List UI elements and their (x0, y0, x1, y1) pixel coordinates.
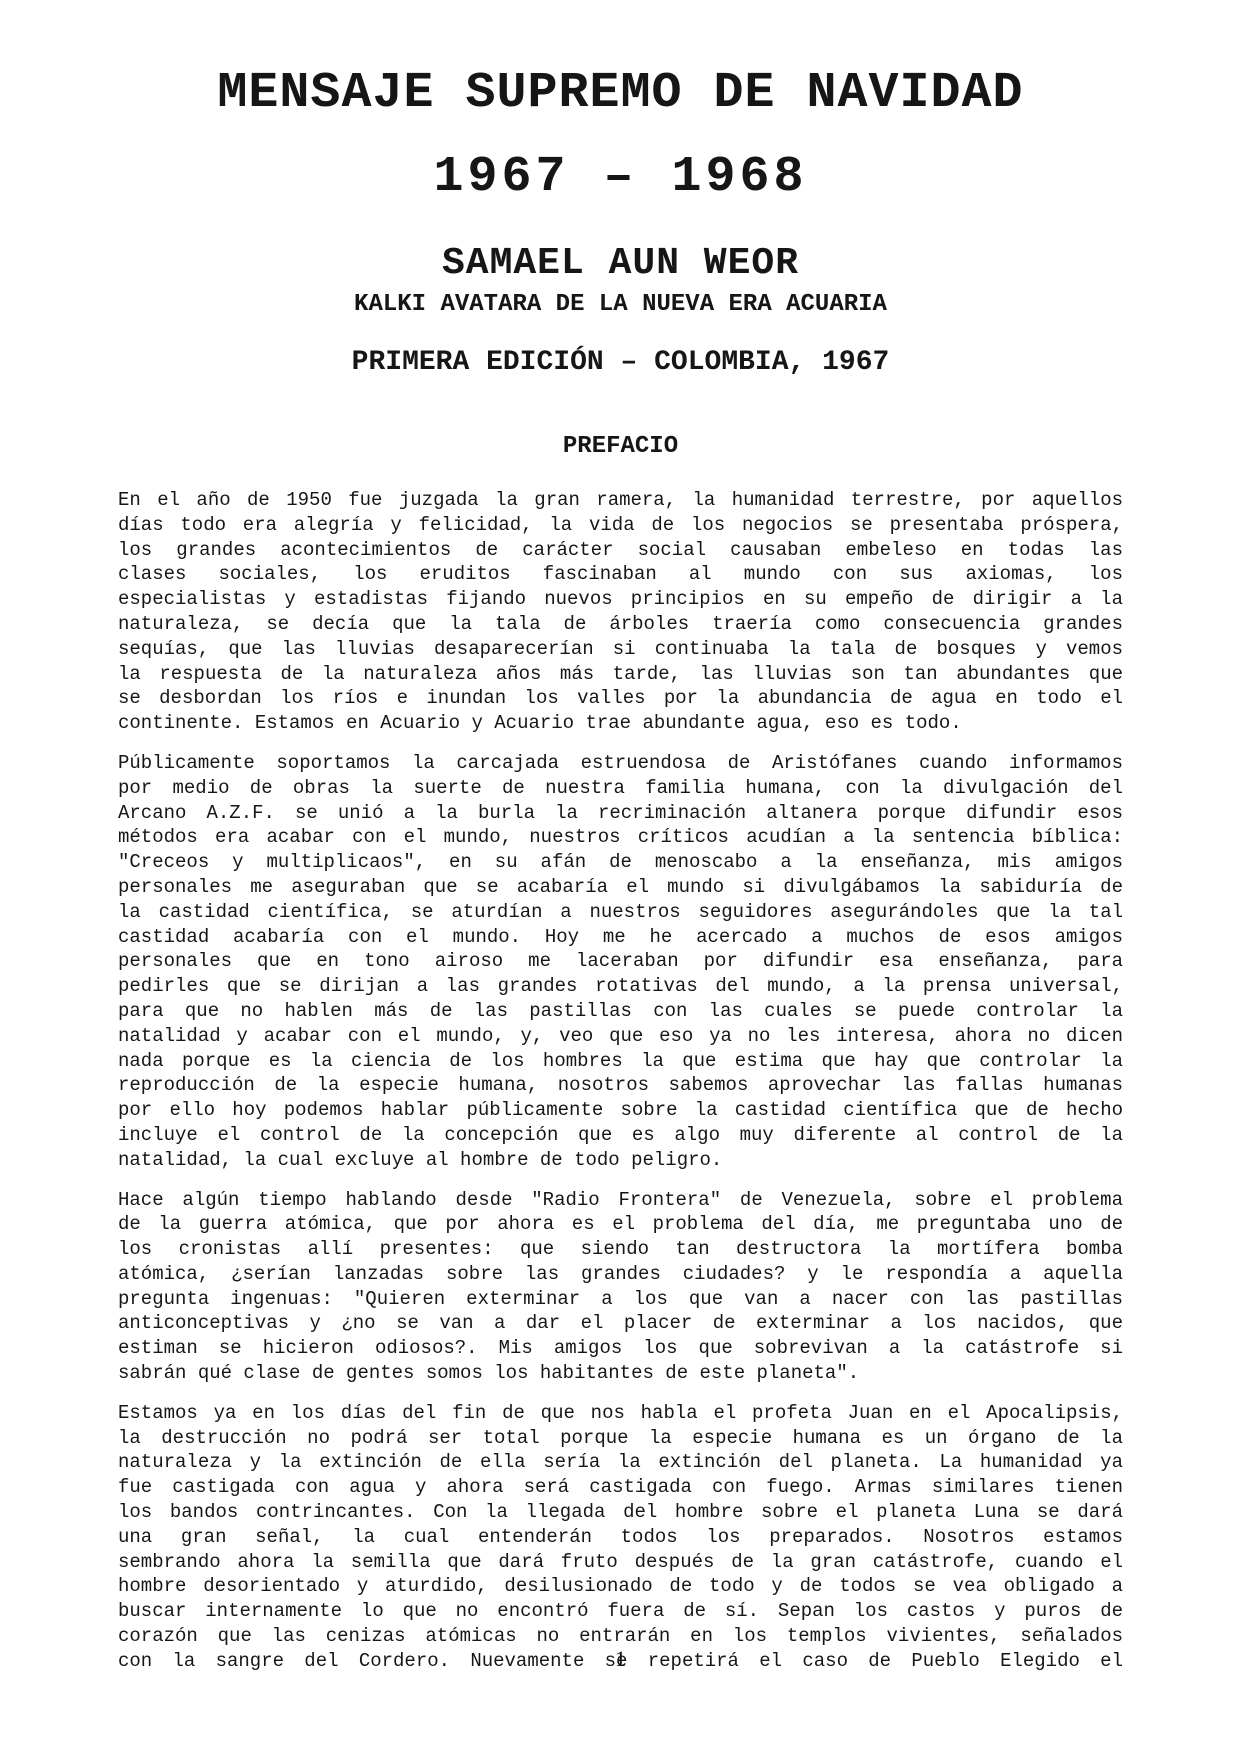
paragraph: Hace algún tiempo hablando desde "Radio … (118, 1188, 1123, 1386)
text-line: naturaleza, se decía que la tala de árbo… (118, 612, 1123, 637)
text-line: sequías, que las lluvias desaparecerían … (118, 637, 1123, 662)
text-line: nada porque es la ciencia de los hombres… (118, 1049, 1123, 1074)
text-line: estiman se hicieron odiosos?. Mis amigos… (118, 1336, 1123, 1361)
text-line: pedirles que se dirijan a las grandes ro… (118, 974, 1123, 999)
text-line: Hace algún tiempo hablando desde "Radio … (118, 1188, 1123, 1213)
document-body: En el año de 1950 fue juzgada la gran ra… (118, 488, 1123, 1674)
text-line: se desbordan los ríos e inundan los vall… (118, 686, 1123, 711)
text-line: buscar internamente lo que no encontró f… (118, 1599, 1123, 1624)
text-line: los cronistas allí presentes: que siendo… (118, 1237, 1123, 1262)
edition-line: PRIMERA EDICIÓN – COLOMBIA, 1967 (118, 346, 1123, 380)
text-line: atómica, ¿serían lanzadas sobre las gran… (118, 1262, 1123, 1287)
text-line: para que no hablen más de las pastillas … (118, 999, 1123, 1024)
text-line: anticonceptivas y ¿no se van a dar el pl… (118, 1311, 1123, 1336)
text-line: la respuesta de la naturaleza años más t… (118, 662, 1123, 687)
text-line: los bandos contrincantes. Con la llegada… (118, 1500, 1123, 1525)
text-line: sembrando ahora la semilla que dará frut… (118, 1550, 1123, 1575)
paragraph: En el año de 1950 fue juzgada la gran ra… (118, 488, 1123, 736)
text-line: fue castigada con agua y ahora será cast… (118, 1475, 1123, 1500)
document-page: MENSAJE SUPREMO DE NAVIDAD 1967 – 1968 S… (0, 0, 1241, 1755)
text-line: por medio de obras la suerte de nuestra … (118, 776, 1123, 801)
text-line: continente. Estamos en Acuario y Acuario… (118, 711, 1123, 736)
paragraph: Estamos ya en los días del fin de que no… (118, 1401, 1123, 1674)
text-line: Públicamente soportamos la carcajada est… (118, 751, 1123, 776)
text-line: Arcano A.Z.F. se unió a la burla la recr… (118, 801, 1123, 826)
text-line: En el año de 1950 fue juzgada la gran ra… (118, 488, 1123, 513)
text-line: pregunta ingenuas: "Quieren exterminar a… (118, 1287, 1123, 1312)
text-line: personales que en tono airoso me lacerab… (118, 949, 1123, 974)
text-line: personales me aseguraban que se acabaría… (118, 875, 1123, 900)
text-line: reproducción de la especie humana, nosot… (118, 1073, 1123, 1098)
text-line: métodos era acabar con el mundo, nuestro… (118, 825, 1123, 850)
text-line: una gran señal, la cual entenderán todos… (118, 1525, 1123, 1550)
text-line: sabrán qué clase de gentes somos los hab… (118, 1361, 1123, 1386)
text-line: los grandes acontecimientos de carácter … (118, 538, 1123, 563)
text-line: "Creceos y multiplicaos", en su afán de … (118, 850, 1123, 875)
text-line: especialistas y estadistas fijando nuevo… (118, 587, 1123, 612)
text-line: días todo era alegría y felicidad, la vi… (118, 513, 1123, 538)
text-line: de la guerra atómica, que por ahora es e… (118, 1212, 1123, 1237)
author-subtitle: KALKI AVATARA DE LA NUEVA ERA ACUARIA (118, 291, 1123, 320)
text-line: naturaleza y la extinción de ella sería … (118, 1450, 1123, 1475)
text-line: hombre desorientado y aturdido, desilusi… (118, 1574, 1123, 1599)
section-heading: PREFACIO (118, 433, 1123, 462)
text-line: la castidad científica, se aturdían a nu… (118, 900, 1123, 925)
text-line: natalidad y acabar con el mundo, y, veo … (118, 1024, 1123, 1049)
paragraph: Públicamente soportamos la carcajada est… (118, 751, 1123, 1173)
text-line: castidad acabaría con el mundo. Hoy me h… (118, 925, 1123, 950)
page-content: MENSAJE SUPREMO DE NAVIDAD 1967 – 1968 S… (118, 0, 1123, 1689)
book-title-years: 1967 – 1968 (118, 150, 1123, 205)
book-title: MENSAJE SUPREMO DE NAVIDAD (118, 66, 1123, 122)
text-line: la destrucción no podrá ser total porque… (118, 1426, 1123, 1451)
text-line: incluye el control de la concepción que … (118, 1123, 1123, 1148)
text-line: Estamos ya en los días del fin de que no… (118, 1401, 1123, 1426)
text-line: natalidad, la cual excluye al hombre de … (118, 1148, 1123, 1173)
text-line: por ello hoy podemos hablar públicamente… (118, 1098, 1123, 1123)
author-name: SAMAEL AUN WEOR (118, 243, 1123, 285)
text-line: clases sociales, los eruditos fascinaban… (118, 562, 1123, 587)
page-number: 1 (0, 1646, 1241, 1672)
